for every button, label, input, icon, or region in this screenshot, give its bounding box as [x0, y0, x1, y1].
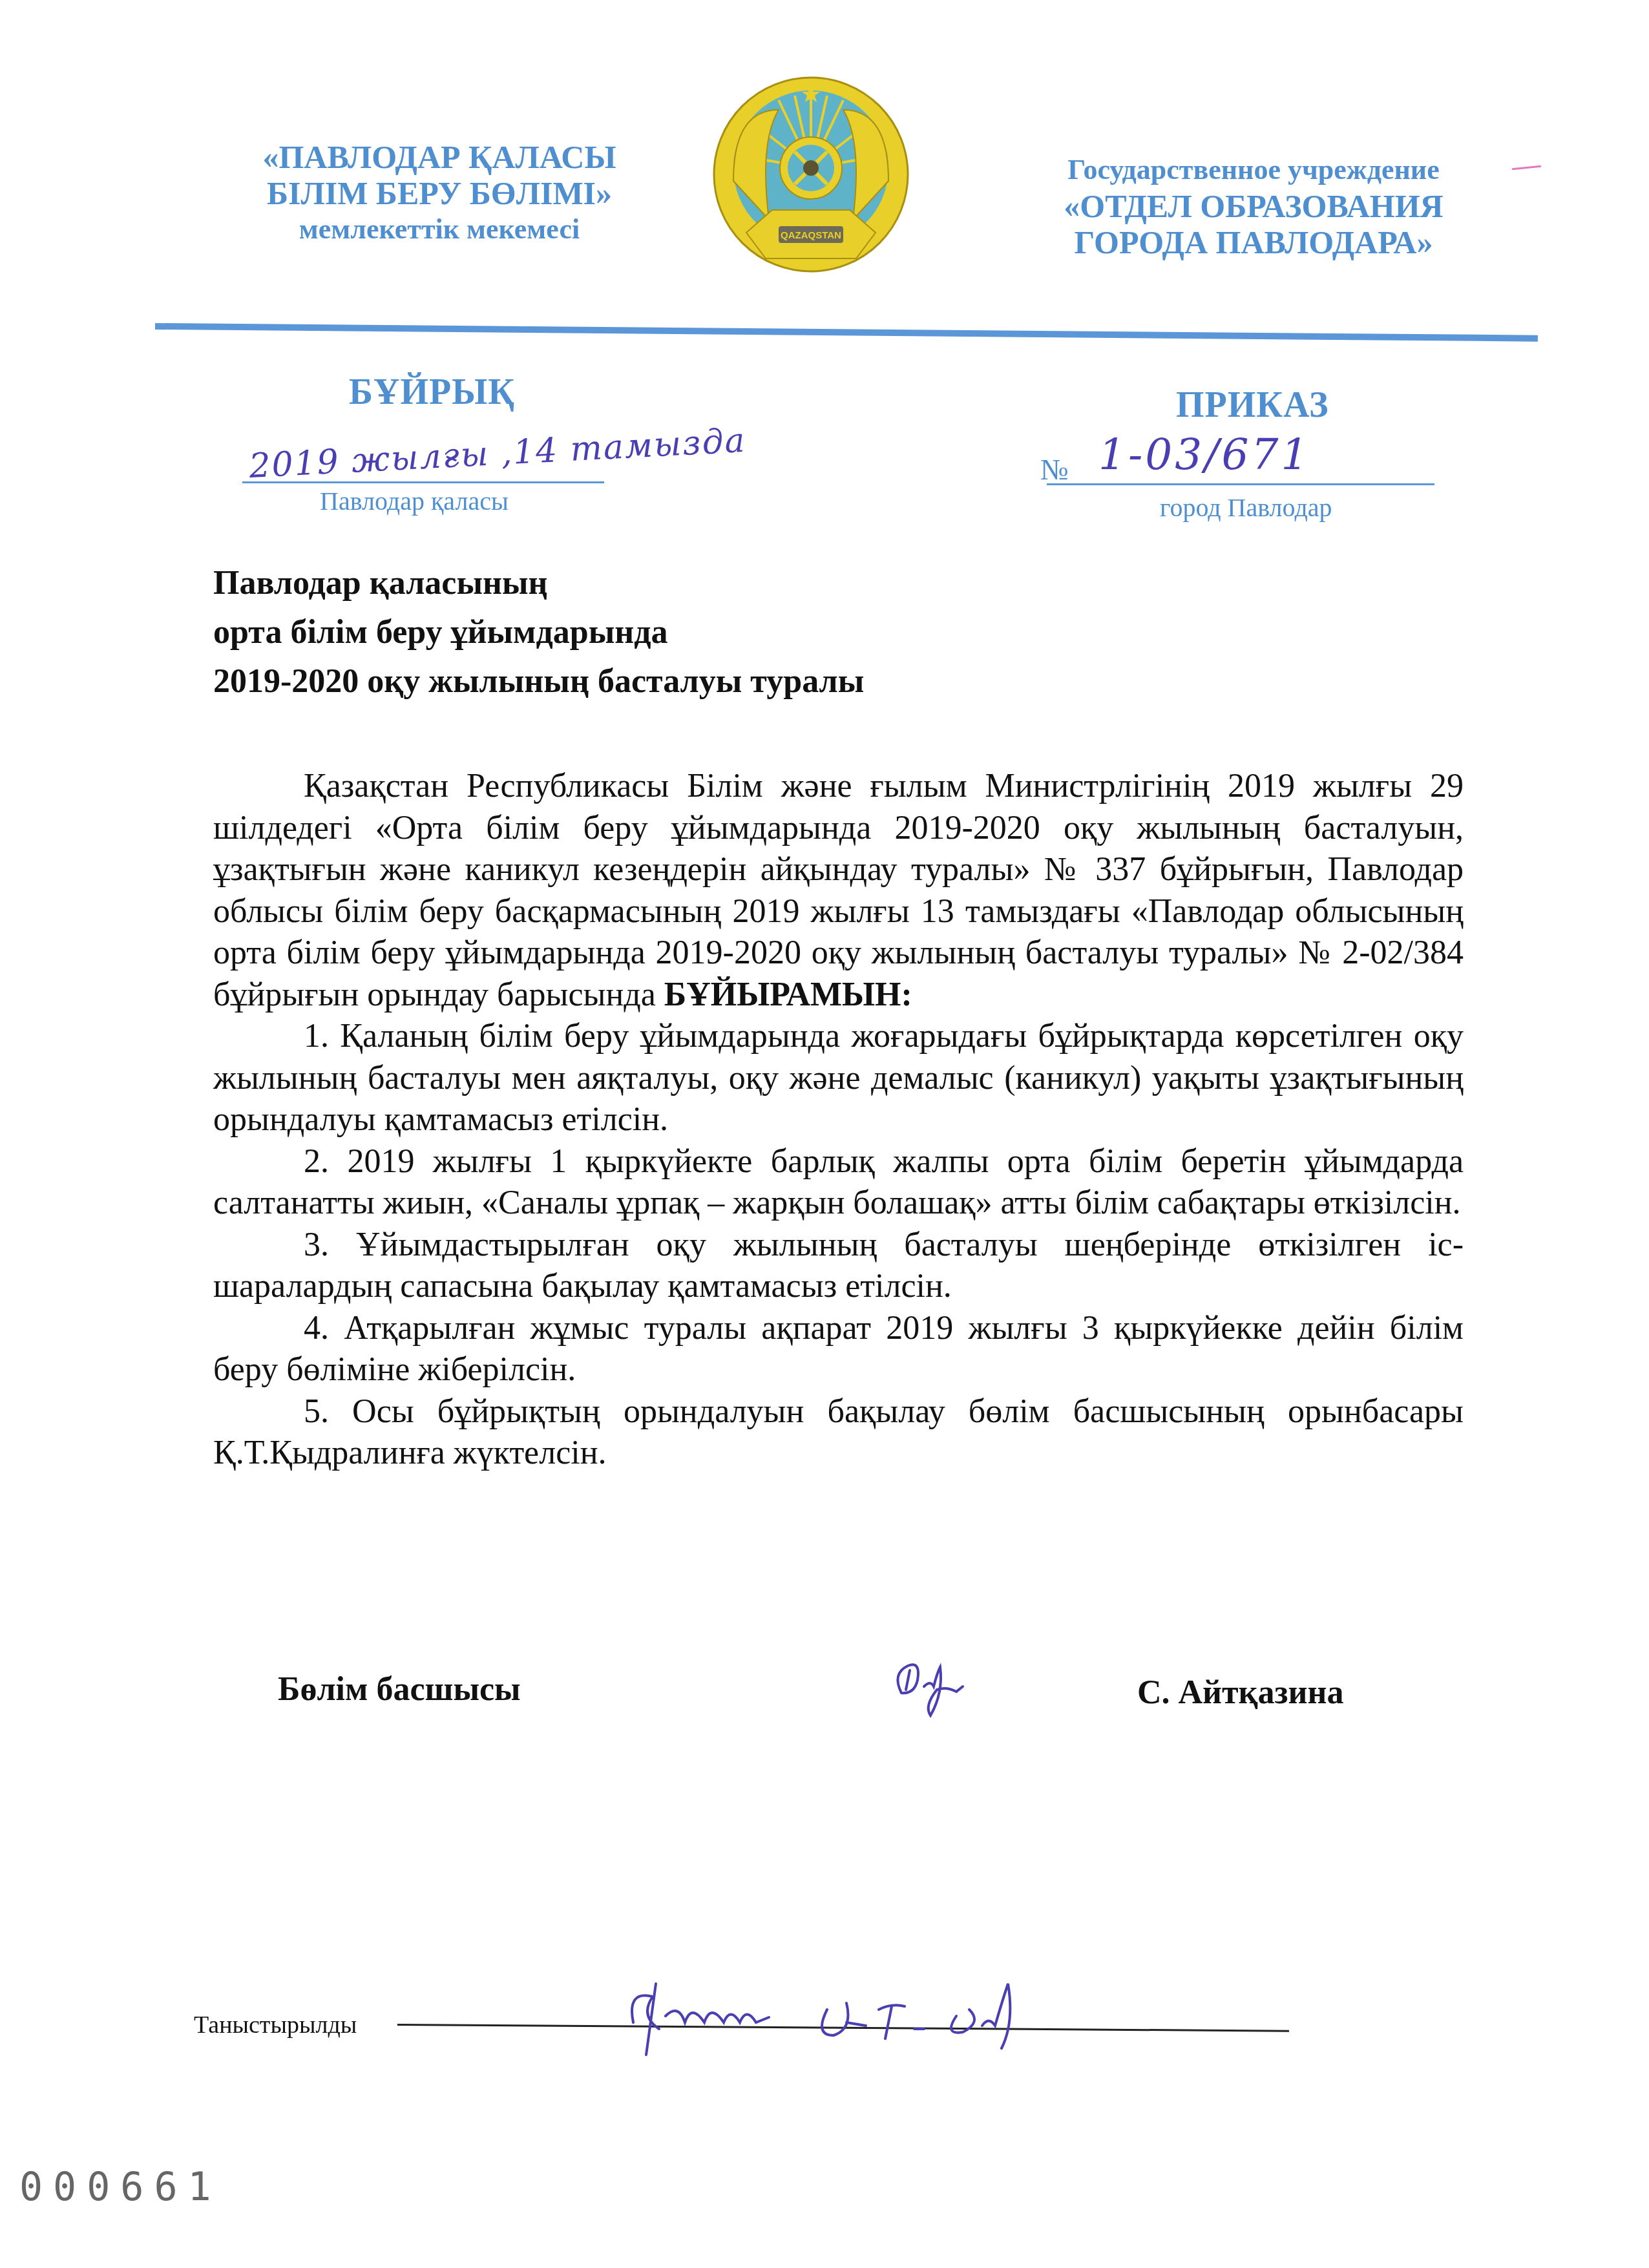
letterhead-kz-line2: БІЛІМ БЕРУ БӨЛІМІ» [239, 175, 640, 211]
date-underline [242, 481, 604, 483]
handwritten-date: 2019 жылғы ,14 тамызда [248, 421, 747, 486]
letterhead-kz-line1: «ПАВЛОДАР ҚАЛАСЫ [239, 139, 640, 175]
letterhead-kz-line3: мемлекеттік мекемесі [239, 211, 640, 247]
order-item: 1. Қаланың білім беру ұйымдарында жоғары… [213, 1016, 1464, 1141]
order-item: 3. Ұйымдастырылған оқу жылының басталуы … [213, 1224, 1464, 1308]
letterhead-ru-line2: «ОТДЕЛ ОБРАЗОВАНИЯ [1021, 188, 1486, 224]
number-label: № [1040, 452, 1069, 487]
subject-line: Павлодар қаласының [213, 559, 864, 608]
number-underline [1047, 483, 1434, 485]
subject-line: орта білім беру ұйымдарында [213, 608, 864, 657]
order-item: 2. 2019 жылғы 1 қыркүйекте барлық жалпы … [213, 1141, 1464, 1224]
letterhead-ru-line3: ГОРОДА ПАВЛОДАРА» [1021, 224, 1486, 260]
letterhead-kz: «ПАВЛОДАР ҚАЛАСЫ БІЛІМ БЕРУ БӨЛІМІ» мемл… [239, 139, 640, 247]
serial-number: 000661 [19, 2165, 222, 2210]
handwritten-signature-icon [885, 1654, 989, 1725]
order-word: БҰЙЫРАМЫН: [664, 976, 912, 1013]
letterhead-ru: Государственное учреждение «ОТДЕЛ ОБРАЗО… [1021, 152, 1486, 260]
letterhead-divider [155, 323, 1538, 342]
doc-type-kz: БҰЙРЫҚ [349, 372, 515, 413]
order-subject: Павлодар қаласының орта білім беру ұйымд… [213, 559, 864, 706]
signatory-name: С. Айтқазина [1137, 1674, 1343, 1712]
signatory-role: Бөлім басшысы [278, 1670, 521, 1708]
order-item: 4. Атқарылған жұмыс туралы ақпарат 2019 … [213, 1308, 1464, 1391]
preamble-paragraph: Қазақстан Республикасы Білім және ғылым … [213, 766, 1464, 1016]
acknowledgement-signature [620, 1977, 1299, 2072]
svg-text:QAZAQSTAN: QAZAQSTAN [781, 230, 841, 241]
order-item: 5. Осы бұйрықтың орындалуын бақылау бөлі… [213, 1391, 1464, 1475]
acknowledgement-label: Таныстырылды [194, 2011, 357, 2039]
stray-pen-mark [1512, 165, 1541, 171]
order-body: Қазақстан Республикасы Білім және ғылым … [213, 766, 1464, 1475]
state-emblem-icon: QAZAQSTAN [708, 71, 914, 278]
handwritten-order-number: 1-03/671 [1098, 430, 1310, 479]
city-kz: Павлодар қаласы [320, 486, 509, 516]
subject-line: 2019-2020 оқу жылының басталуы туралы [213, 657, 864, 706]
letterhead-ru-line1: Государственное учреждение [1021, 152, 1486, 188]
doc-type-ru: ПРИКАЗ [1176, 384, 1329, 426]
city-ru: город Павлодар [1160, 492, 1332, 523]
